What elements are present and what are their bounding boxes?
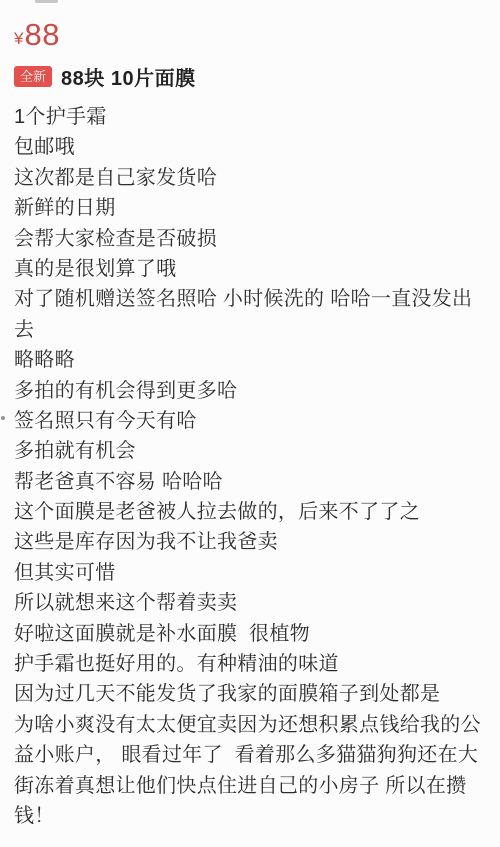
description-line: 对了随机赠送签名照哈 小时候洗的 哈哈一直没发出: [14, 284, 486, 314]
description-line: 帮老爸真不容易 哈哈哈: [14, 467, 486, 497]
description-line: 新鲜的日期: [14, 193, 486, 223]
description-line: 这次都是自己家发货哈: [14, 163, 486, 193]
description-line: 去: [14, 315, 486, 345]
product-detail-page: ¥ 88 全新 88块 10片面膜 1个护手霜 包邮哦 这次都是自己家发货哈 新…: [0, 0, 500, 847]
description-line: 钱！: [14, 801, 486, 831]
description-line: 因为过几天不能发货了我家的面膜箱子到处都是: [14, 679, 486, 709]
description-line: 街冻着真想让他们快点住进自己的小房子 所以在攒: [14, 771, 486, 801]
product-title: 88块 10片面膜: [61, 62, 196, 91]
description-line: 1个护手霜: [14, 102, 486, 132]
price-amount: 88: [24, 19, 59, 50]
description-line: 多拍的有机会得到更多哈: [14, 376, 486, 406]
title-row: 全新 88块 10片面膜: [14, 64, 486, 88]
description-line: 这个面膜是老爸被人拉去做的，后来不了了之: [14, 497, 486, 527]
description-line: 包邮哦: [14, 132, 486, 162]
description-line: 多拍就有机会: [14, 436, 486, 466]
description-line: 好啦这面膜就是补水面膜 很植物: [14, 619, 486, 649]
cropped-image-edge: [35, 0, 58, 3]
description-line: 会帮大家检查是否破损: [14, 224, 486, 254]
description-line: 这些是库存因为我不让我爸卖: [14, 527, 486, 557]
description-line: 为啥小爽没有太太便宜卖因为还想积累点钱给我的公: [14, 710, 486, 740]
description-line: 但其实可惜: [14, 558, 486, 588]
condition-badge: 全新: [14, 66, 52, 87]
price: ¥ 88: [14, 12, 486, 50]
description-line: 所以就想来这个帮着卖卖: [14, 588, 486, 618]
currency-symbol: ¥: [14, 30, 23, 50]
description-line: 签名照只有今天有哈: [14, 406, 486, 436]
description-line: 益小账户， 眼看过年了 看着那么多猫猫狗狗还在大: [14, 740, 486, 770]
description-line: 真的是很划算了哦: [14, 254, 486, 284]
description-line: 护手霜也挺好用的。有种精油的味道: [14, 649, 486, 679]
description-line: 略略略: [14, 345, 486, 375]
speck-artifact: [1, 416, 5, 420]
product-description: 1个护手霜 包邮哦 这次都是自己家发货哈 新鲜的日期 会帮大家检查是否破损 真的…: [14, 102, 486, 831]
